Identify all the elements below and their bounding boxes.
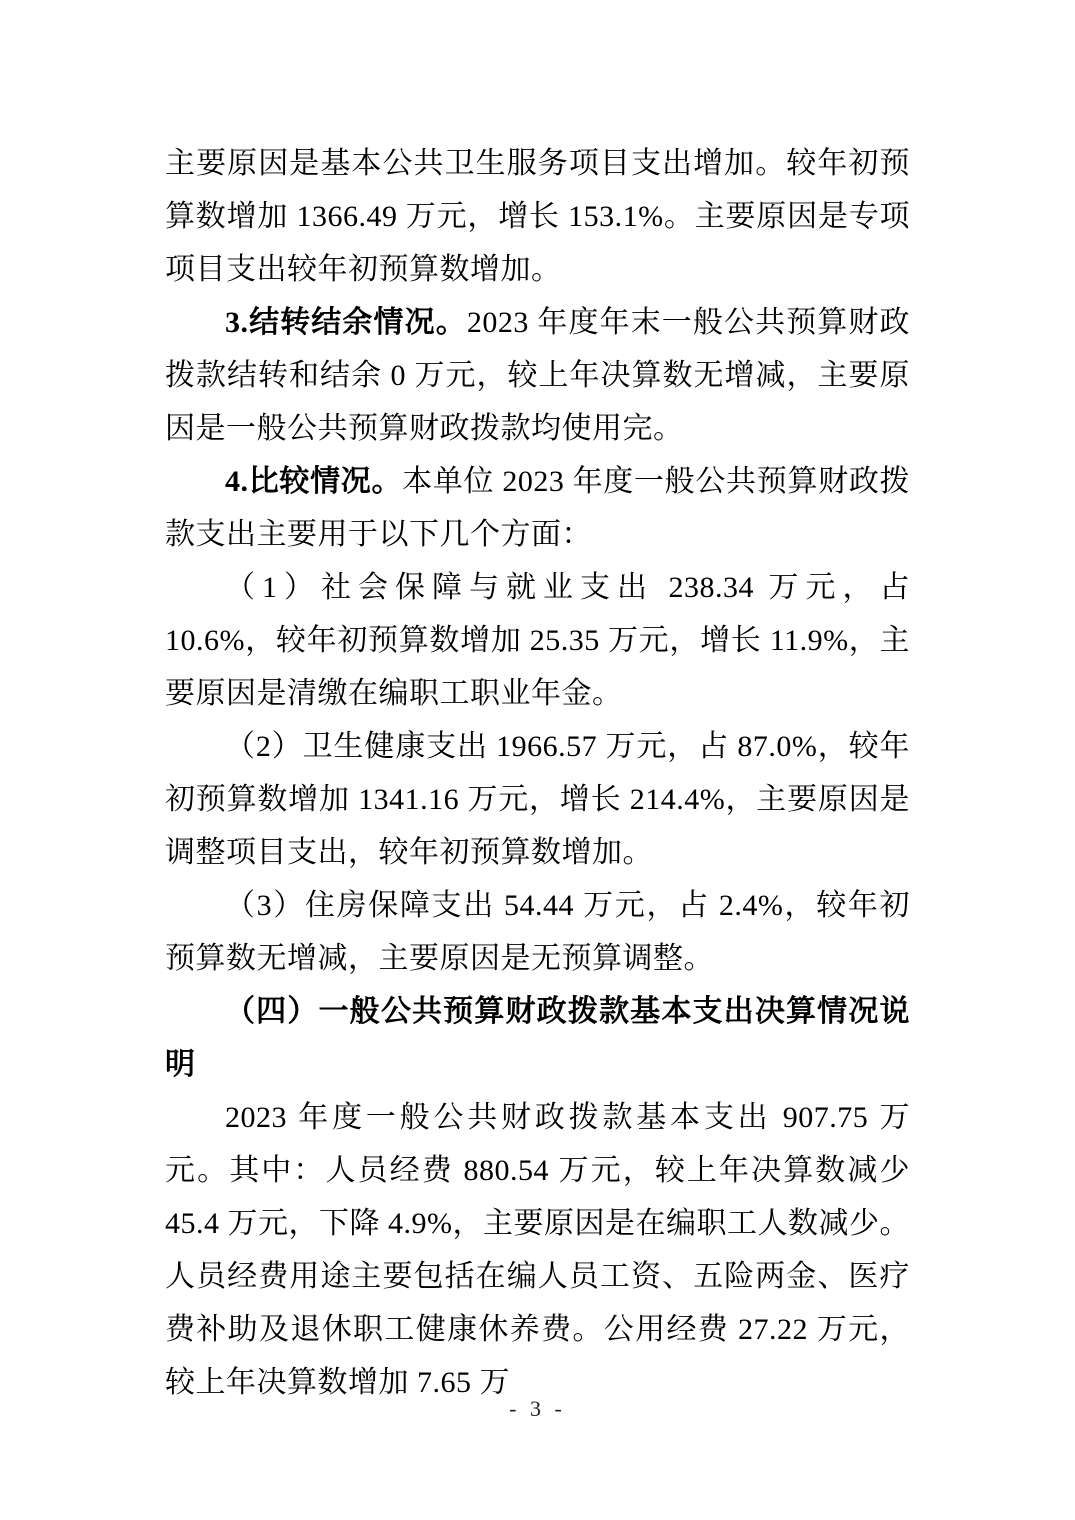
paragraph: 2023 年度一般公共财政拨款基本支出 907.75 万元。其中：人员经费 88…: [165, 1091, 910, 1409]
paragraph-lead: 4.比较情况。: [225, 465, 402, 498]
paragraph-lead: （四）一般公共预算财政拨款基本支出决算情况说明: [165, 995, 910, 1081]
paragraph-text: （1）社会保障与就业支出 238.34 万元，占 10.6%，较年初预算数增加 …: [165, 571, 910, 710]
paragraph: （3）住房保障支出 54.44 万元，占 2.4%，较年初预算数无增减，主要原因…: [165, 879, 910, 985]
paragraph-text: 主要原因是基本公共卫生服务项目支出增加。较年初预算数增加 1366.49 万元，…: [165, 147, 910, 286]
page-number: - 3 -: [0, 1396, 1075, 1422]
paragraph: 3.结转结余情况。2023 年度年末一般公共预算财政拨款结转和结余 0 万元，较…: [165, 296, 910, 455]
paragraph-text: （2）卫生健康支出 1966.57 万元，占 87.0%，较年初预算数增加 13…: [165, 730, 910, 869]
paragraph: 主要原因是基本公共卫生服务项目支出增加。较年初预算数增加 1366.49 万元，…: [165, 137, 910, 296]
document-page: 主要原因是基本公共卫生服务项目支出增加。较年初预算数增加 1366.49 万元，…: [0, 0, 1075, 1520]
paragraph: 4.比较情况。本单位 2023 年度一般公共预算财政拨款支出主要用于以下几个方面…: [165, 455, 910, 561]
paragraph-text: （3）住房保障支出 54.44 万元，占 2.4%，较年初预算数无增减，主要原因…: [165, 889, 910, 975]
section-heading: （四）一般公共预算财政拨款基本支出决算情况说明: [165, 985, 910, 1091]
paragraph: （2）卫生健康支出 1966.57 万元，占 87.0%，较年初预算数增加 13…: [165, 720, 910, 879]
paragraph-text: 2023 年度一般公共财政拨款基本支出 907.75 万元。其中：人员经费 88…: [165, 1101, 910, 1399]
document-body: 主要原因是基本公共卫生服务项目支出增加。较年初预算数增加 1366.49 万元，…: [165, 137, 910, 1409]
paragraph: （1）社会保障与就业支出 238.34 万元，占 10.6%，较年初预算数增加 …: [165, 561, 910, 720]
paragraph-lead: 3.结转结余情况。: [225, 306, 467, 339]
